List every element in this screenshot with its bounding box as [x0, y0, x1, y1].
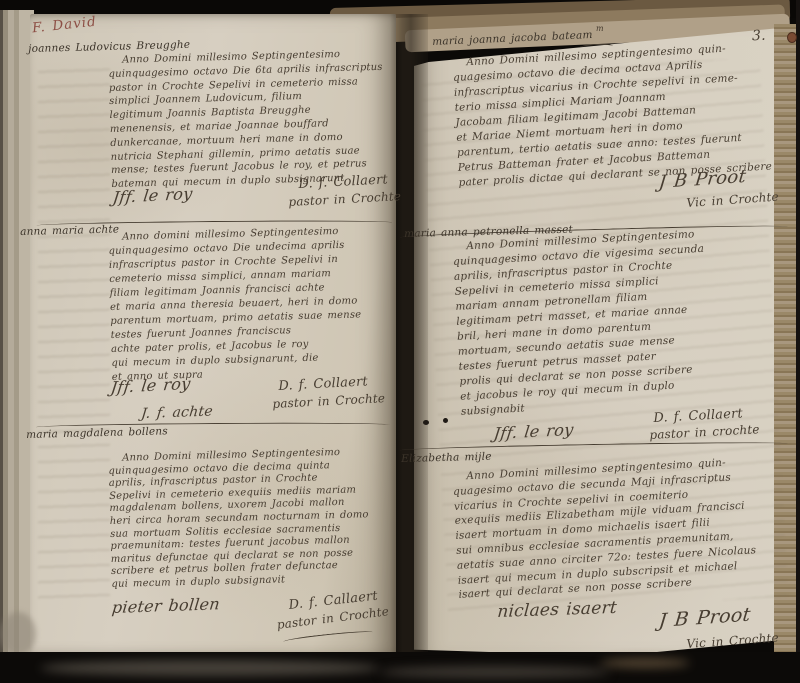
bottom-cloth-highlight: [600, 658, 690, 668]
entry-body: Anno Domini millesimo septingentesimo qu…: [452, 452, 794, 603]
entry-body: Anno Domini millesimo Septingentesimoqui…: [108, 446, 397, 592]
register-photo: F. David joannes Ludovicus Breugghe Anno…: [0, 0, 800, 683]
witness-signature: niclaes isaert: [497, 598, 618, 622]
bottom-cloth-highlight: [380, 666, 610, 678]
board-corner-highlight: [0, 612, 36, 656]
entry-body: Anno domini millesimo Septingentesimoqui…: [108, 224, 397, 385]
ink-blot: [423, 420, 429, 425]
bottom-cloth-highlight: [40, 660, 380, 676]
entry-body: Anno Domini millesimo Septingentesimoqui…: [108, 47, 397, 192]
book-left-edge: [0, 10, 34, 662]
witness-signature: pieter bollen: [111, 594, 221, 617]
witness-signature: J. f. achte: [140, 404, 213, 422]
margin-name: Elizabetha mijle: [401, 451, 492, 465]
entry-body: Anno Domini millesimo Septingentesimoqui…: [452, 222, 796, 419]
clasp-dot: [787, 32, 797, 43]
ink-blot: [443, 418, 448, 423]
margin-superscript: m: [596, 24, 604, 33]
photo-right-edge: [796, 0, 800, 683]
